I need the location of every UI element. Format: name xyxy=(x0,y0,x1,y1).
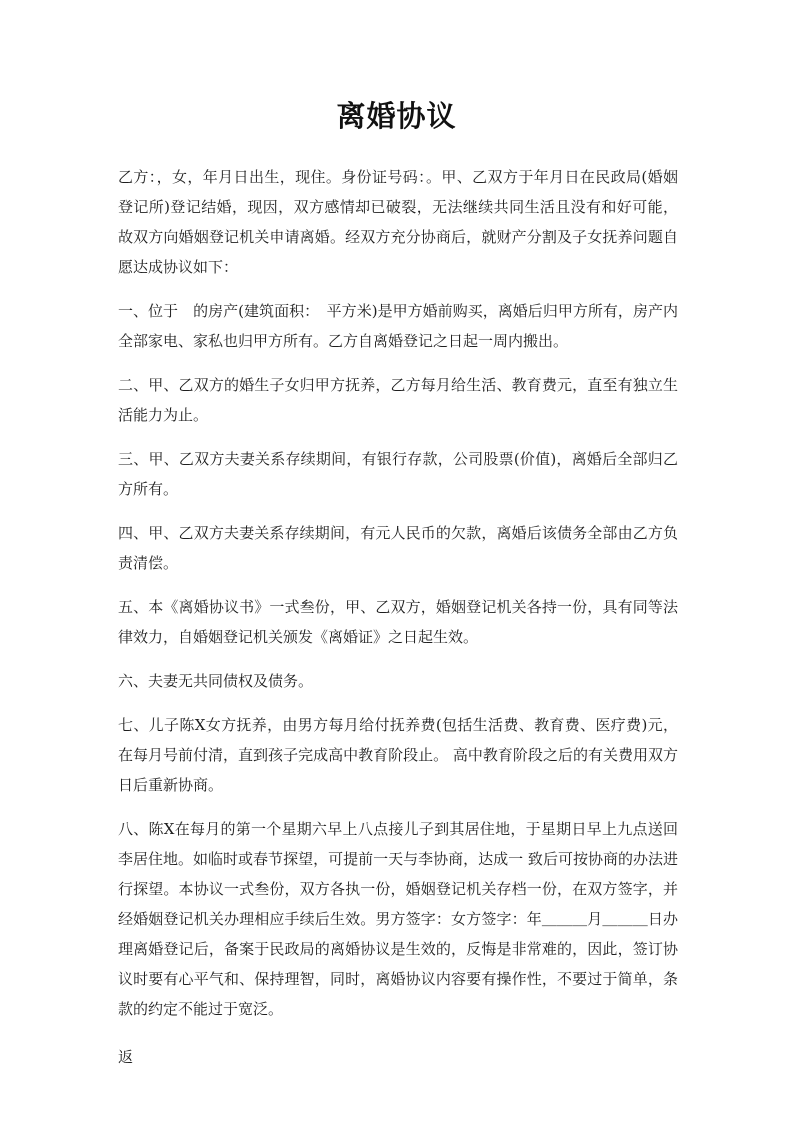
document-page: 离婚协议 乙方：，女，年月日出生，现住。身份证号码：。甲、乙双方于年月日在民政局… xyxy=(0,0,793,1122)
clause-2-child-custody: 二、甲、乙双方的婚生子女归甲方抚养，乙方每月给生活、教育费元，直至有独立生活能力… xyxy=(118,370,678,430)
clause-8-visitation: 八、陈X在每月的第一个星期六早上八点接儿子到其居住地，于星期日早上九点送回李居住… xyxy=(118,814,678,1024)
trailing-text: 返 xyxy=(118,1042,678,1072)
clause-6-no-shared-debts: 六、夫妻无共同债权及债务。 xyxy=(118,666,678,696)
intro-paragraph: 乙方：，女，年月日出生，现住。身份证号码：。甲、乙双方于年月日在民政局(婚姻登记… xyxy=(118,162,678,282)
clause-1-property: 一、位于 的房产(建筑面积： 平方米)是甲方婚前购买，离婚后归甲方所有，房产内全… xyxy=(118,296,678,356)
clause-4-debts: 四、甲、乙双方夫妻关系存续期间，有元人民币的欠款，离婚后该债务全部由乙方负责清偿… xyxy=(118,518,678,578)
document-title: 离婚协议 xyxy=(0,94,793,135)
clause-3-bank-deposits: 三、甲、乙双方夫妻关系存续期间，有银行存款，公司股票(价值)，离婚后全部归乙方所… xyxy=(118,444,678,504)
document-body: 乙方：，女，年月日出生，现住。身份证号码：。甲、乙双方于年月日在民政局(婚姻登记… xyxy=(118,162,678,1086)
clause-7-child-support: 七、儿子陈X女方抚养，由男方每月给付抚养费(包括生活费、教育费、医疗费)元，在每… xyxy=(118,710,678,800)
clause-5-copies: 五、本《离婚协议书》一式叁份，甲、乙双方，婚姻登记机关各持一份，具有同等法律效力… xyxy=(118,592,678,652)
